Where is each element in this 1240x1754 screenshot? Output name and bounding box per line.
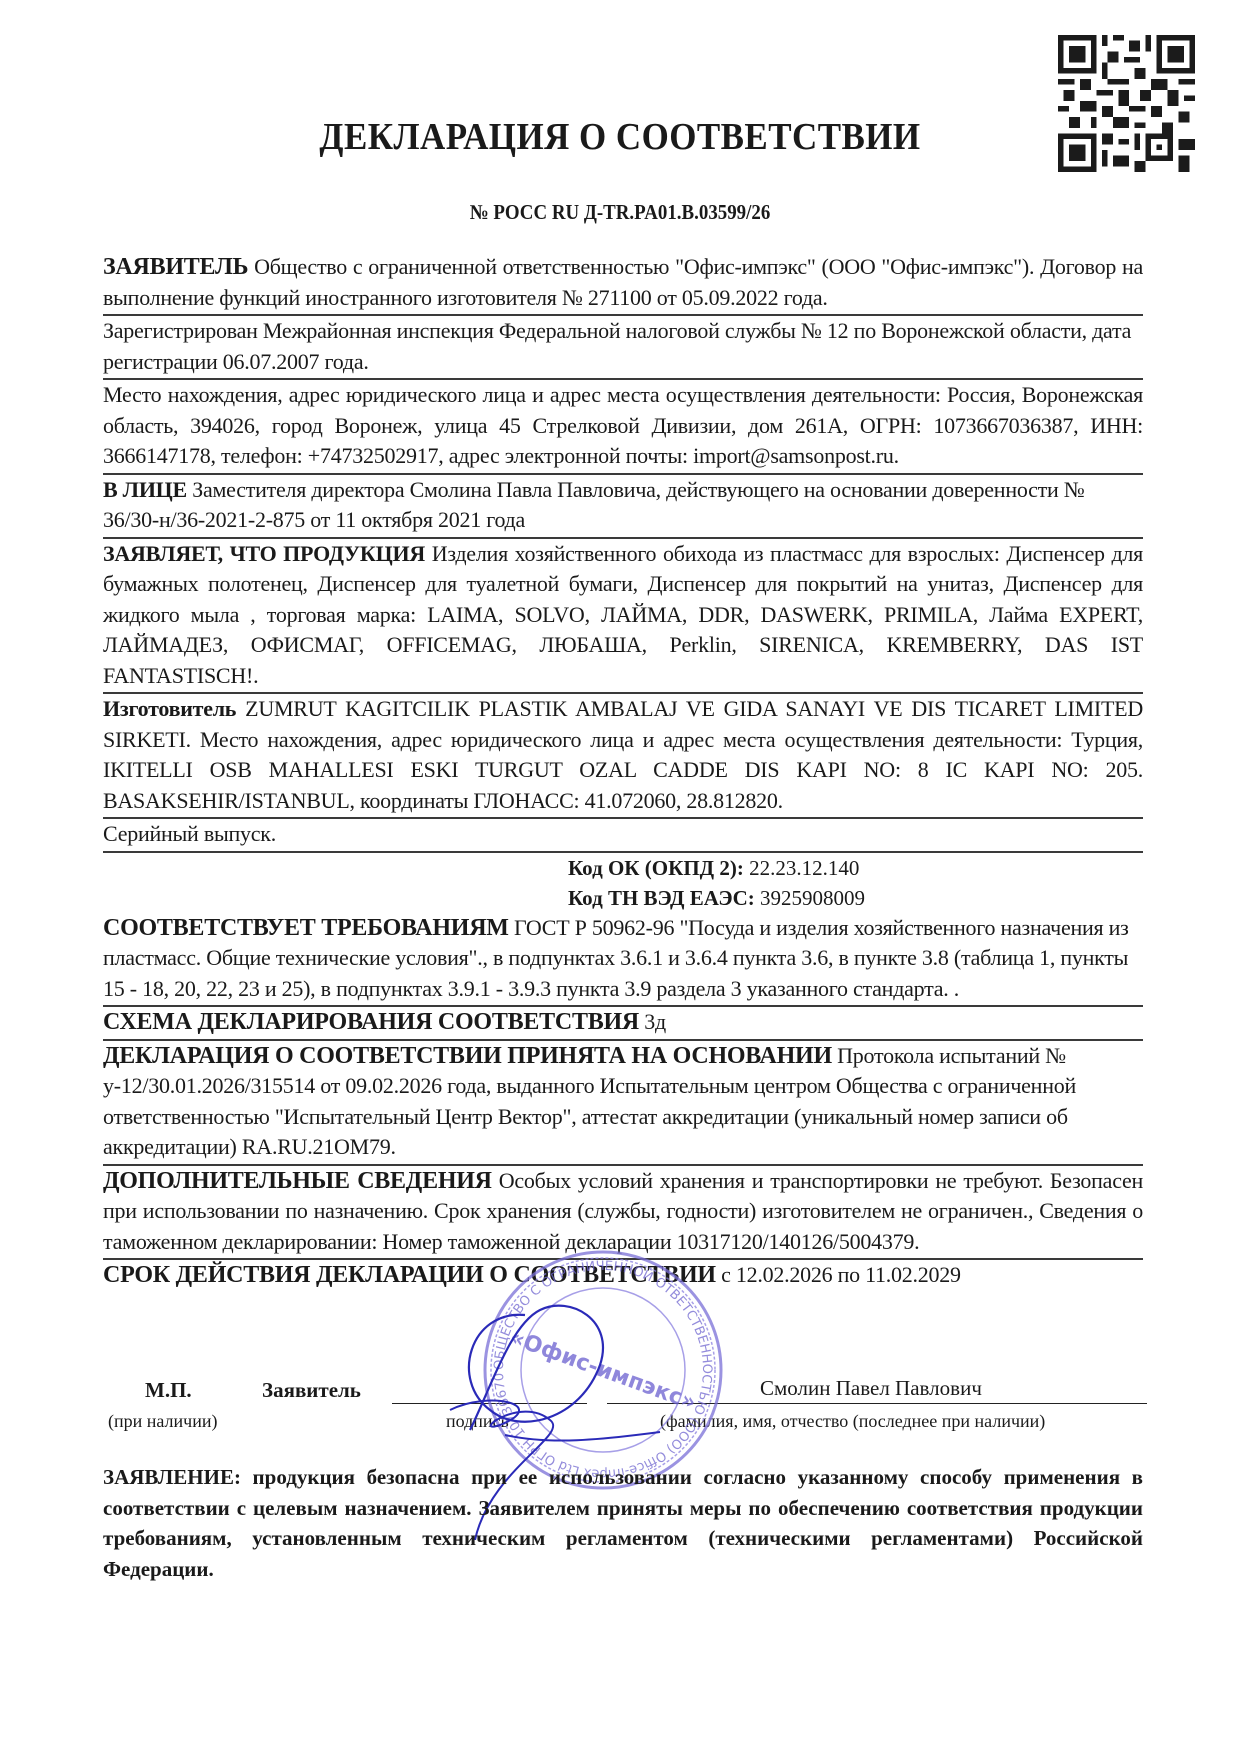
product-codes: Код ОК (ОКПД 2): 22.23.12.140 Код ТН ВЭД… (103, 853, 1143, 913)
validity-from: 12.02.2026 (736, 1262, 833, 1287)
tnved-code-row: Код ТН ВЭД ЕАЭС: 3925908009 (568, 883, 1143, 913)
scheme-value: 3д (644, 1009, 666, 1034)
applicant-text: Общество с ограниченной ответственностью… (103, 254, 1143, 310)
applicant-signature-label: Заявитель (262, 1378, 361, 1403)
okpd-value: 22.23.12.140 (749, 856, 859, 880)
scheme-label: СХЕМА ДЕКЛАРИРОВАНИЯ СООТВЕТСТВИЯ (103, 1009, 639, 1035)
basis-label: ДЕКЛАРАЦИЯ О СООТВЕТСТВИИ ПРИНЯТА НА ОСН… (103, 1043, 832, 1069)
section-production: Серийный выпуск. (103, 819, 1143, 853)
safety-statement: ЗАЯВЛЕНИЕ: продукция безопасна при ее ис… (103, 1462, 1143, 1584)
declaration-number: № РОСС RU Д-TR.PA01.B.03599/26 (62, 200, 1178, 225)
seal-label: М.П. (145, 1378, 192, 1403)
manufacturer-label: Изготовитель (103, 696, 236, 721)
production-text: Серийный выпуск. (103, 821, 276, 846)
document-title: ДЕКЛАРАЦИЯ О СООТВЕТСТВИИ (50, 115, 1191, 159)
section-applicant: ЗАЯВИТЕЛЬ Общество с ограниченной ответс… (103, 252, 1143, 316)
section-address: Место нахождения, адрес юридического лиц… (103, 380, 1143, 475)
seal-sublabel: (при наличии) (108, 1411, 217, 1432)
registration-text: Зарегистрирован Межрайонная инспекция Фе… (103, 318, 1131, 374)
section-compliance: СООТВЕТСТВУЕТ ТРЕБОВАНИЯМ ГОСТ Р 50962-9… (103, 913, 1143, 1008)
address-text: Место нахождения, адрес юридического лиц… (103, 382, 1143, 468)
validity-to-prefix: по (838, 1262, 860, 1287)
section-registration: Зарегистрирован Межрайонная инспекция Фе… (103, 316, 1143, 380)
section-scheme: СХЕМА ДЕКЛАРИРОВАНИЯ СООТВЕТСТВИЯ 3д (103, 1007, 1143, 1041)
section-manufacturer: Изготовитель ZUMRUT KAGITCILIK PLASTIK A… (103, 694, 1143, 819)
compliance-label: СООТВЕТСТВУЕТ ТРЕБОВАНИЯМ (103, 915, 509, 941)
declaration-page: ДЕКЛАРАЦИЯ О СООТВЕТСТВИИ № РОСС RU Д-TR… (0, 0, 1240, 1754)
product-label: ЗАЯВЛЯЕТ, ЧТО ПРОДУКЦИЯ (103, 541, 425, 566)
manufacturer-text: ZUMRUT KAGITCILIK PLASTIK AMBALAJ VE GID… (103, 696, 1143, 813)
okpd-label: Код ОК (ОКПД 2): (568, 856, 744, 880)
tnved-value: 3925908009 (760, 886, 865, 910)
applicant-label: ЗАЯВИТЕЛЬ (103, 254, 248, 280)
additional-label: ДОПОЛНИТЕЛЬНЫЕ СВЕДЕНИЯ (103, 1168, 492, 1194)
section-basis: ДЕКЛАРАЦИЯ О СООТВЕТСТВИИ ПРИНЯТА НА ОСН… (103, 1041, 1143, 1166)
tnved-label: Код ТН ВЭД ЕАЭС: (568, 886, 755, 910)
signatory-name: Смолин Павел Павлович (760, 1376, 982, 1401)
represented-by-label: В ЛИЦЕ (103, 477, 187, 502)
validity-to: 11.02.2029 (865, 1262, 961, 1287)
represented-by-text: Заместителя директора Смолина Павла Павл… (103, 477, 1085, 533)
declaration-body: ЗАЯВИТЕЛЬ Общество с ограниченной ответс… (103, 252, 1143, 1292)
okpd-code-row: Код ОК (ОКПД 2): 22.23.12.140 (568, 853, 1143, 883)
section-represented-by: В ЛИЦЕ Заместителя директора Смолина Пав… (103, 475, 1143, 539)
section-product: ЗАЯВЛЯЕТ, ЧТО ПРОДУКЦИЯ Изделия хозяйств… (103, 539, 1143, 695)
